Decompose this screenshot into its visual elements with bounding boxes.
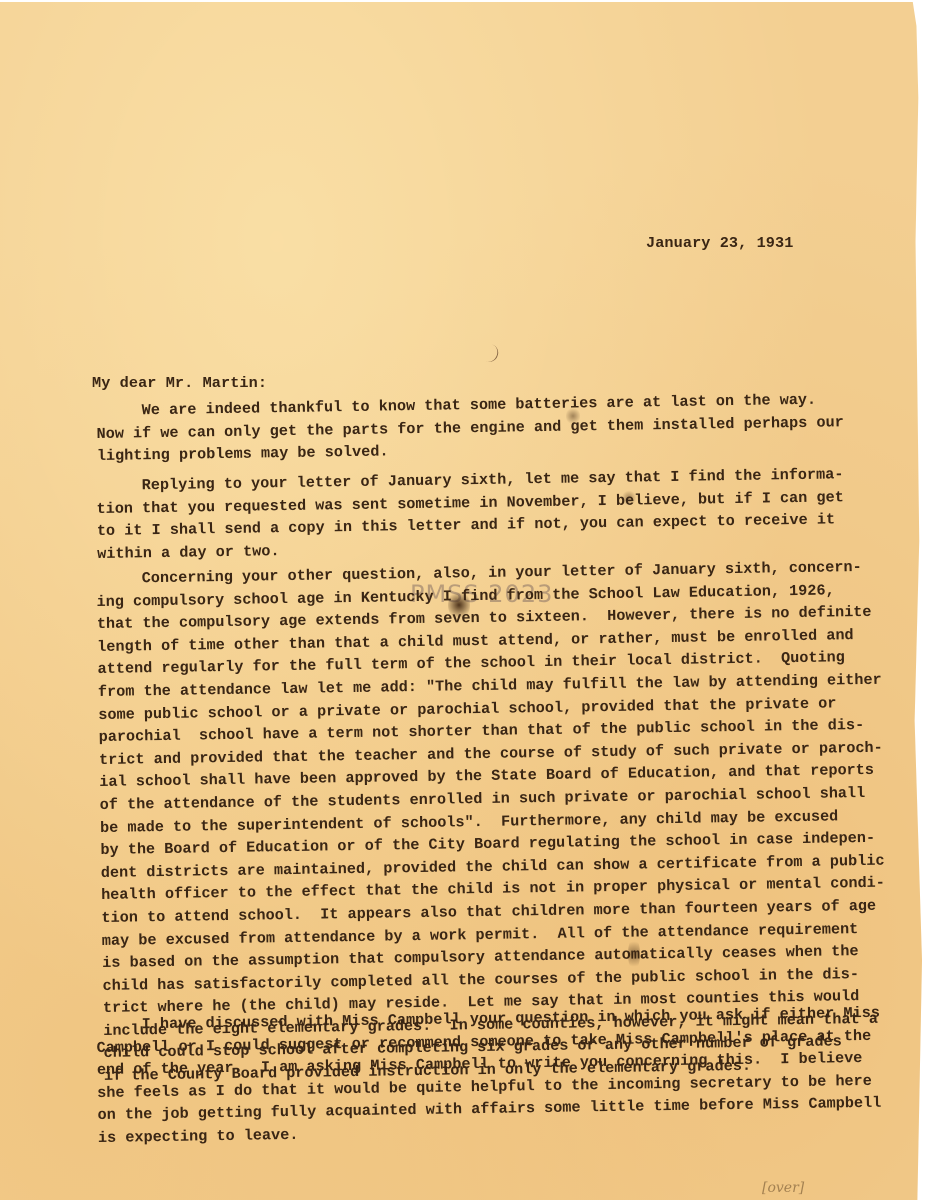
pencil-mark: [484, 344, 500, 365]
paragraph-batteries: We are indeed thankful to know that some…: [96, 387, 909, 468]
paragraph-miss-campbell: I have discussed with Miss Campbell your…: [96, 1001, 910, 1149]
letter-page: PMSS 2023 January 23, 1931 My dear Mr. M…: [0, 2, 922, 1200]
salutation: My dear Mr. Martin:: [92, 374, 267, 392]
letter-date: January 23, 1931: [646, 234, 793, 252]
handwritten-over-note: [over]: [762, 1180, 804, 1196]
paragraph-reply: Replying to your letter of January sixth…: [96, 462, 909, 565]
